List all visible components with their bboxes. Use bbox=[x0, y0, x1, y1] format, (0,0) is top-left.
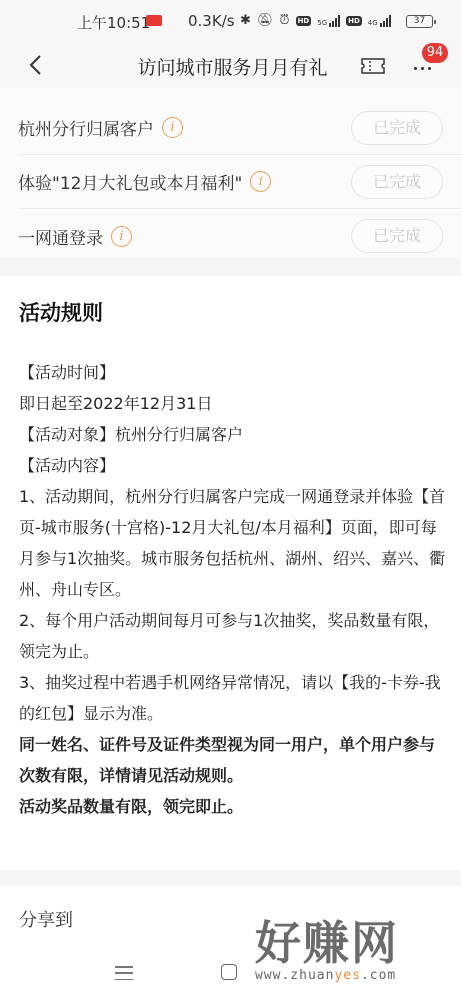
watermark-url: www.zhuanyes.com bbox=[255, 968, 445, 983]
task-label: 体验"12月大礼包或本月福利" bbox=[18, 169, 242, 194]
notification-icon bbox=[146, 15, 162, 26]
page-title: 访问城市服务月月有礼 bbox=[0, 53, 461, 80]
share-title: 分享到 bbox=[19, 906, 73, 932]
signal-4g-icon: 4G bbox=[368, 15, 391, 27]
rules-line-bold: 同一姓名、证件号及证件类型视为同一用户，单个用户参与次数有限，详情请见活动规则。 bbox=[19, 729, 449, 791]
task-row: 体验"12月大礼包或本月福利" i 已完成 bbox=[18, 155, 461, 209]
rules-line: 1、活动期间，杭州分行归属客户完成一网通登录并体验【首页-城市服务(十宫格)-1… bbox=[19, 481, 449, 605]
rules-line-bold: 活动奖品数量有限，领完即止。 bbox=[19, 791, 449, 822]
info-icon[interactable]: i bbox=[162, 117, 183, 138]
rules-line: 【活动内容】 bbox=[19, 450, 449, 481]
battery-icon: 37 bbox=[406, 15, 433, 28]
network-speed: 0.3K/s bbox=[188, 12, 235, 30]
task-status-button[interactable]: 已完成 bbox=[351, 219, 443, 253]
task-status-button[interactable]: 已完成 bbox=[351, 165, 443, 199]
watermark: 好赚网 www.zhuanyes.com bbox=[255, 918, 445, 1000]
task-row: 杭州分行归属客户 i 已完成 bbox=[18, 101, 461, 155]
system-menu-button[interactable] bbox=[115, 966, 133, 980]
status-bar: 上午10:51 0.3K/s ✱ 🔕︎ ⏰︎ HD 5G HD 4G 37 bbox=[0, 0, 461, 42]
more-icon bbox=[414, 67, 431, 70]
status-icons: ✱ 🔕︎ ⏰︎ HD 5G HD 4G bbox=[240, 13, 391, 28]
task-list: 杭州分行归属客户 i 已完成 体验"12月大礼包或本月福利" i 已完成 一网通… bbox=[0, 88, 461, 258]
watermark-text: 好赚网 bbox=[255, 918, 445, 968]
nav-bar: 访问城市服务月月有礼 bbox=[0, 42, 461, 88]
coupon-button[interactable] bbox=[360, 56, 386, 76]
info-icon[interactable]: i bbox=[250, 171, 271, 192]
bluetooth-icon: ✱ bbox=[240, 13, 251, 28]
signal-5g-icon: 5G bbox=[317, 15, 340, 27]
mute-icon: 🔕︎ bbox=[257, 13, 274, 28]
task-label: 一网通登录 bbox=[18, 224, 103, 249]
alarm-icon: ⏰︎ bbox=[279, 13, 289, 28]
rules-line: 【活动时间】 bbox=[19, 357, 449, 388]
task-status-button[interactable]: 已完成 bbox=[351, 111, 443, 145]
task-label: 杭州分行归属客户 bbox=[18, 115, 154, 140]
system-home-button[interactable] bbox=[221, 964, 237, 980]
status-time: 上午10:51 bbox=[77, 12, 150, 33]
hd-icon: HD bbox=[296, 16, 312, 26]
rules-body: 【活动时间】 即日起至2022年12月31日 【活动对象】杭州分行归属客户 【活… bbox=[19, 357, 449, 822]
rules-line: 3、抽奖过程中若遇手机网络异常情况，请以【我的-卡券-我的红包】显示为准。 bbox=[19, 667, 449, 729]
rules-line: 【活动对象】杭州分行归属客户 bbox=[19, 419, 449, 450]
info-icon[interactable]: i bbox=[111, 226, 132, 247]
rules-section: 活动规则 【活动时间】 即日起至2022年12月31日 【活动对象】杭州分行归属… bbox=[0, 275, 461, 870]
task-row: 一网通登录 i 已完成 bbox=[18, 209, 461, 263]
ticket-icon bbox=[360, 56, 386, 76]
rules-line: 2、每个用户活动期间每月可参与1次抽奖，奖品数量有限，领完为止。 bbox=[19, 605, 449, 667]
hd-icon-2: HD bbox=[346, 16, 362, 26]
rules-line: 即日起至2022年12月31日 bbox=[19, 388, 449, 419]
rules-title: 活动规则 bbox=[19, 297, 103, 327]
notification-badge: 94 bbox=[422, 43, 448, 63]
